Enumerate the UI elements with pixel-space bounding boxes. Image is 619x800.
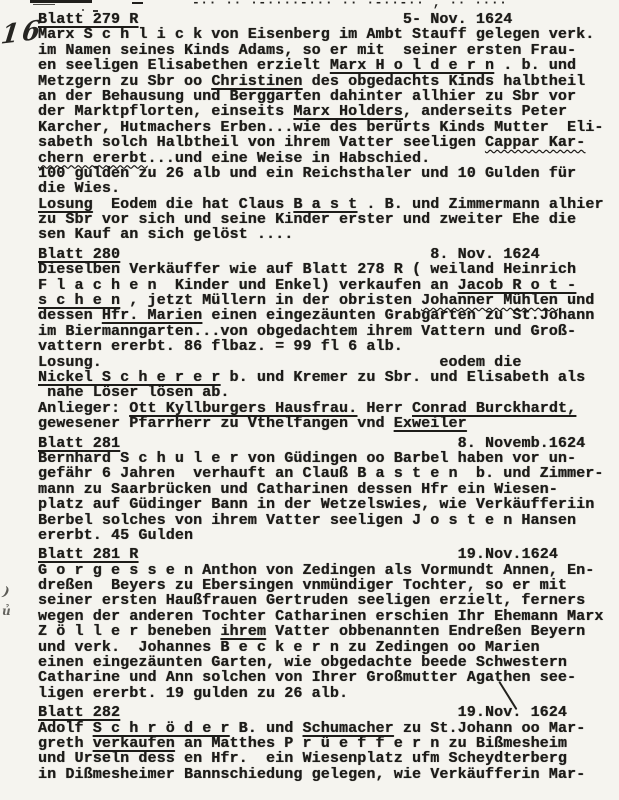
- text-line: sen Kauf an sich gelöst ....: [38, 227, 619, 242]
- text-line: dreßen Beyers zu Ebersingen vnmündiger T…: [38, 578, 619, 593]
- text-line: Marx S c h l i c k von Eisenberg im Ambt…: [38, 27, 619, 42]
- text-line: an der Behausung und Berggarten dahinter…: [38, 89, 619, 104]
- text-line: im Biermanngarten...von obgedachtem ihre…: [38, 324, 619, 339]
- text-line: ererbt. 45 Gulden: [38, 528, 619, 543]
- text-line: mann zu Saarbrücken und Catharinen desse…: [38, 482, 619, 497]
- cutoff-dash-mark: [132, 2, 143, 4]
- text-line: einen eingezäunten Garten, wie obgedacht…: [38, 655, 619, 670]
- text-line: sabeth solch Halbtheil von ihrem Vatter …: [38, 135, 619, 150]
- text-line: Catharine und Ann solchen von Ihrer Groß…: [38, 670, 619, 685]
- text-line: greth verkaufen an Matthes P r ü e f f e…: [38, 736, 619, 751]
- entry-heading-line: Blatt 282 19.Nov. 1624: [38, 705, 619, 720]
- text-line: Berbel solches von ihrem Vatter seeligen…: [38, 513, 619, 528]
- handwritten-margin-mark: ): [2, 585, 11, 601]
- text-line: der Marktpflorten, einseits Marx Holders…: [38, 104, 619, 119]
- blatt-entry-blatt-279-r: Blatt 279 R 5- Nov. 1624Marx S c h l i c…: [38, 12, 619, 243]
- underlined-text: ihrem: [220, 623, 266, 640]
- entry-heading-line: Blatt 281 R 19.Nov.1624: [38, 547, 619, 562]
- text-line: gewesener Pfarrherr zu Vthelfangen vnd E…: [38, 416, 619, 431]
- text-line: seiner ersten Haußfrauen Gertruden seeli…: [38, 593, 619, 608]
- text-line: Nickel S c h e r e r b. und Kremer zu Sb…: [38, 370, 619, 385]
- text-line: im Namen seines Kinds Adams, so er mit s…: [38, 43, 619, 58]
- blatt-entry-blatt-281-r: Blatt 281 R 19.Nov.1624G o r g e s s e n…: [38, 547, 619, 701]
- text-line: Losung. eodem die: [38, 355, 619, 370]
- underlined-text: Marx H o l d e r n: [330, 57, 494, 74]
- text-line: Adolf S c h r ö d e r B. und Schumacher …: [38, 721, 619, 736]
- text-line: und Urseln dess en Hfr. ein Wiesenplatz …: [38, 751, 619, 766]
- text-line: gefähr 6 Jahren verhauft an Clauß B a s …: [38, 466, 619, 481]
- text-line: vattern ererbt. 86 flbaz. = 99 fl 6 alb.: [38, 339, 619, 354]
- text-line: en seeligen Elisabethen erzielt Marx H o…: [38, 58, 619, 73]
- text-line: platz auf Güdinger Bann in der Wetzelswi…: [38, 497, 619, 512]
- hand-underlined-text: Cappar Kar-: [485, 134, 585, 151]
- entry-heading-line: Blatt 279 R 5- Nov. 1624: [38, 12, 619, 27]
- text-line: Losung Eodem die hat Claus B a s t . B. …: [38, 197, 619, 212]
- text-line: Anlieger: Ott Kyllburgers Hausfrau. Herr…: [38, 401, 619, 416]
- document-sheet: -·· ·· ·-····-··· ·· ·-··-·· , ·· ···· 1…: [0, 0, 619, 800]
- entry-date: 8. Novemb.1624: [458, 435, 586, 452]
- text-line: Metzgern zu Sbr oo Christinen des obgeda…: [38, 74, 619, 89]
- text-line: und verk. Johannes B e c k e r n zu Zedi…: [38, 640, 619, 655]
- entry-date: 19.Nov. 1624: [458, 704, 567, 721]
- cutoff-text-fragments: -·· ·· ·-····-··· ·· ·-··-·· , ·· ····: [192, 0, 507, 10]
- text-line: zu Sbr vor sich und seine Kinder erster …: [38, 212, 619, 227]
- blatt-entry-blatt-280: Blatt 280 8. Nov. 1624Dieselben Verkäuff…: [38, 247, 619, 432]
- cutoff-underline-mark-2: [33, 4, 55, 5]
- text-line: chern ererbt...und eine Weise in Habschi…: [38, 151, 619, 166]
- text-line: s c h e n , jetzt Müllern in der obriste…: [38, 293, 619, 308]
- entry-heading-line: Blatt 281 8. Novemb.1624: [38, 436, 619, 451]
- underlined-text: Christinen: [211, 73, 302, 90]
- text-line: Bernhard S c h u l e r von Güdingen oo B…: [38, 451, 619, 466]
- underlined-text: Marx Holders: [293, 103, 402, 120]
- underlined-text: Hfr. Marien: [102, 307, 202, 324]
- text-flow: Blatt 279 R 5- Nov. 1624Marx S c h l i c…: [38, 12, 619, 782]
- text-line: ligen ererbt. 19 gulden zu 26 alb.: [38, 686, 619, 701]
- text-line: dessen Hfr. Marien einen eingezäunten Gr…: [38, 308, 619, 323]
- text-line: wegen der anderen Tochter Catharinen ers…: [38, 609, 619, 624]
- text-line: Karcher, Hutmachers Erben...wie des berü…: [38, 120, 619, 135]
- entry-date: 19.Nov.1624: [458, 546, 558, 563]
- blatt-entry-blatt-281: Blatt 281 8. Novemb.1624Bernhard S c h u…: [38, 436, 619, 544]
- blatt-entry-blatt-282: Blatt 282 19.Nov. 1624Adolf S c h r ö d …: [38, 705, 619, 782]
- text-line: Z ö l l e r beneben ihrem Vatter obbenan…: [38, 624, 619, 639]
- cutoff-underline-mark: [30, 0, 92, 3]
- text-line: die Wies.: [38, 181, 619, 196]
- blatt-heading: Blatt 281 R: [38, 546, 138, 563]
- text-line: nahe Löser lösen ab.: [38, 385, 619, 400]
- entry-heading-line: Blatt 280 8. Nov. 1624: [38, 247, 619, 262]
- text-line: G o r g e s s e n Anthon von Zedingen al…: [38, 563, 619, 578]
- text-line: in Dißmesheimer Bannschiedung gelegen, w…: [38, 767, 619, 782]
- text-line: 100 gulden zu 26 alb und ein Reichsthale…: [38, 166, 619, 181]
- hand-underlined-text: chern ererbt: [38, 150, 147, 167]
- blatt-heading: Blatt 281: [38, 435, 120, 452]
- text-line: Dieselben Verkäuffer wie auf Blatt 278 R…: [38, 262, 619, 277]
- text-line: F l a c h e n Kinder und Enkel) verkaufe…: [38, 278, 619, 293]
- underlined-text: Exweiler: [394, 415, 467, 432]
- handwritten-margin-mark: ủ: [2, 604, 11, 618]
